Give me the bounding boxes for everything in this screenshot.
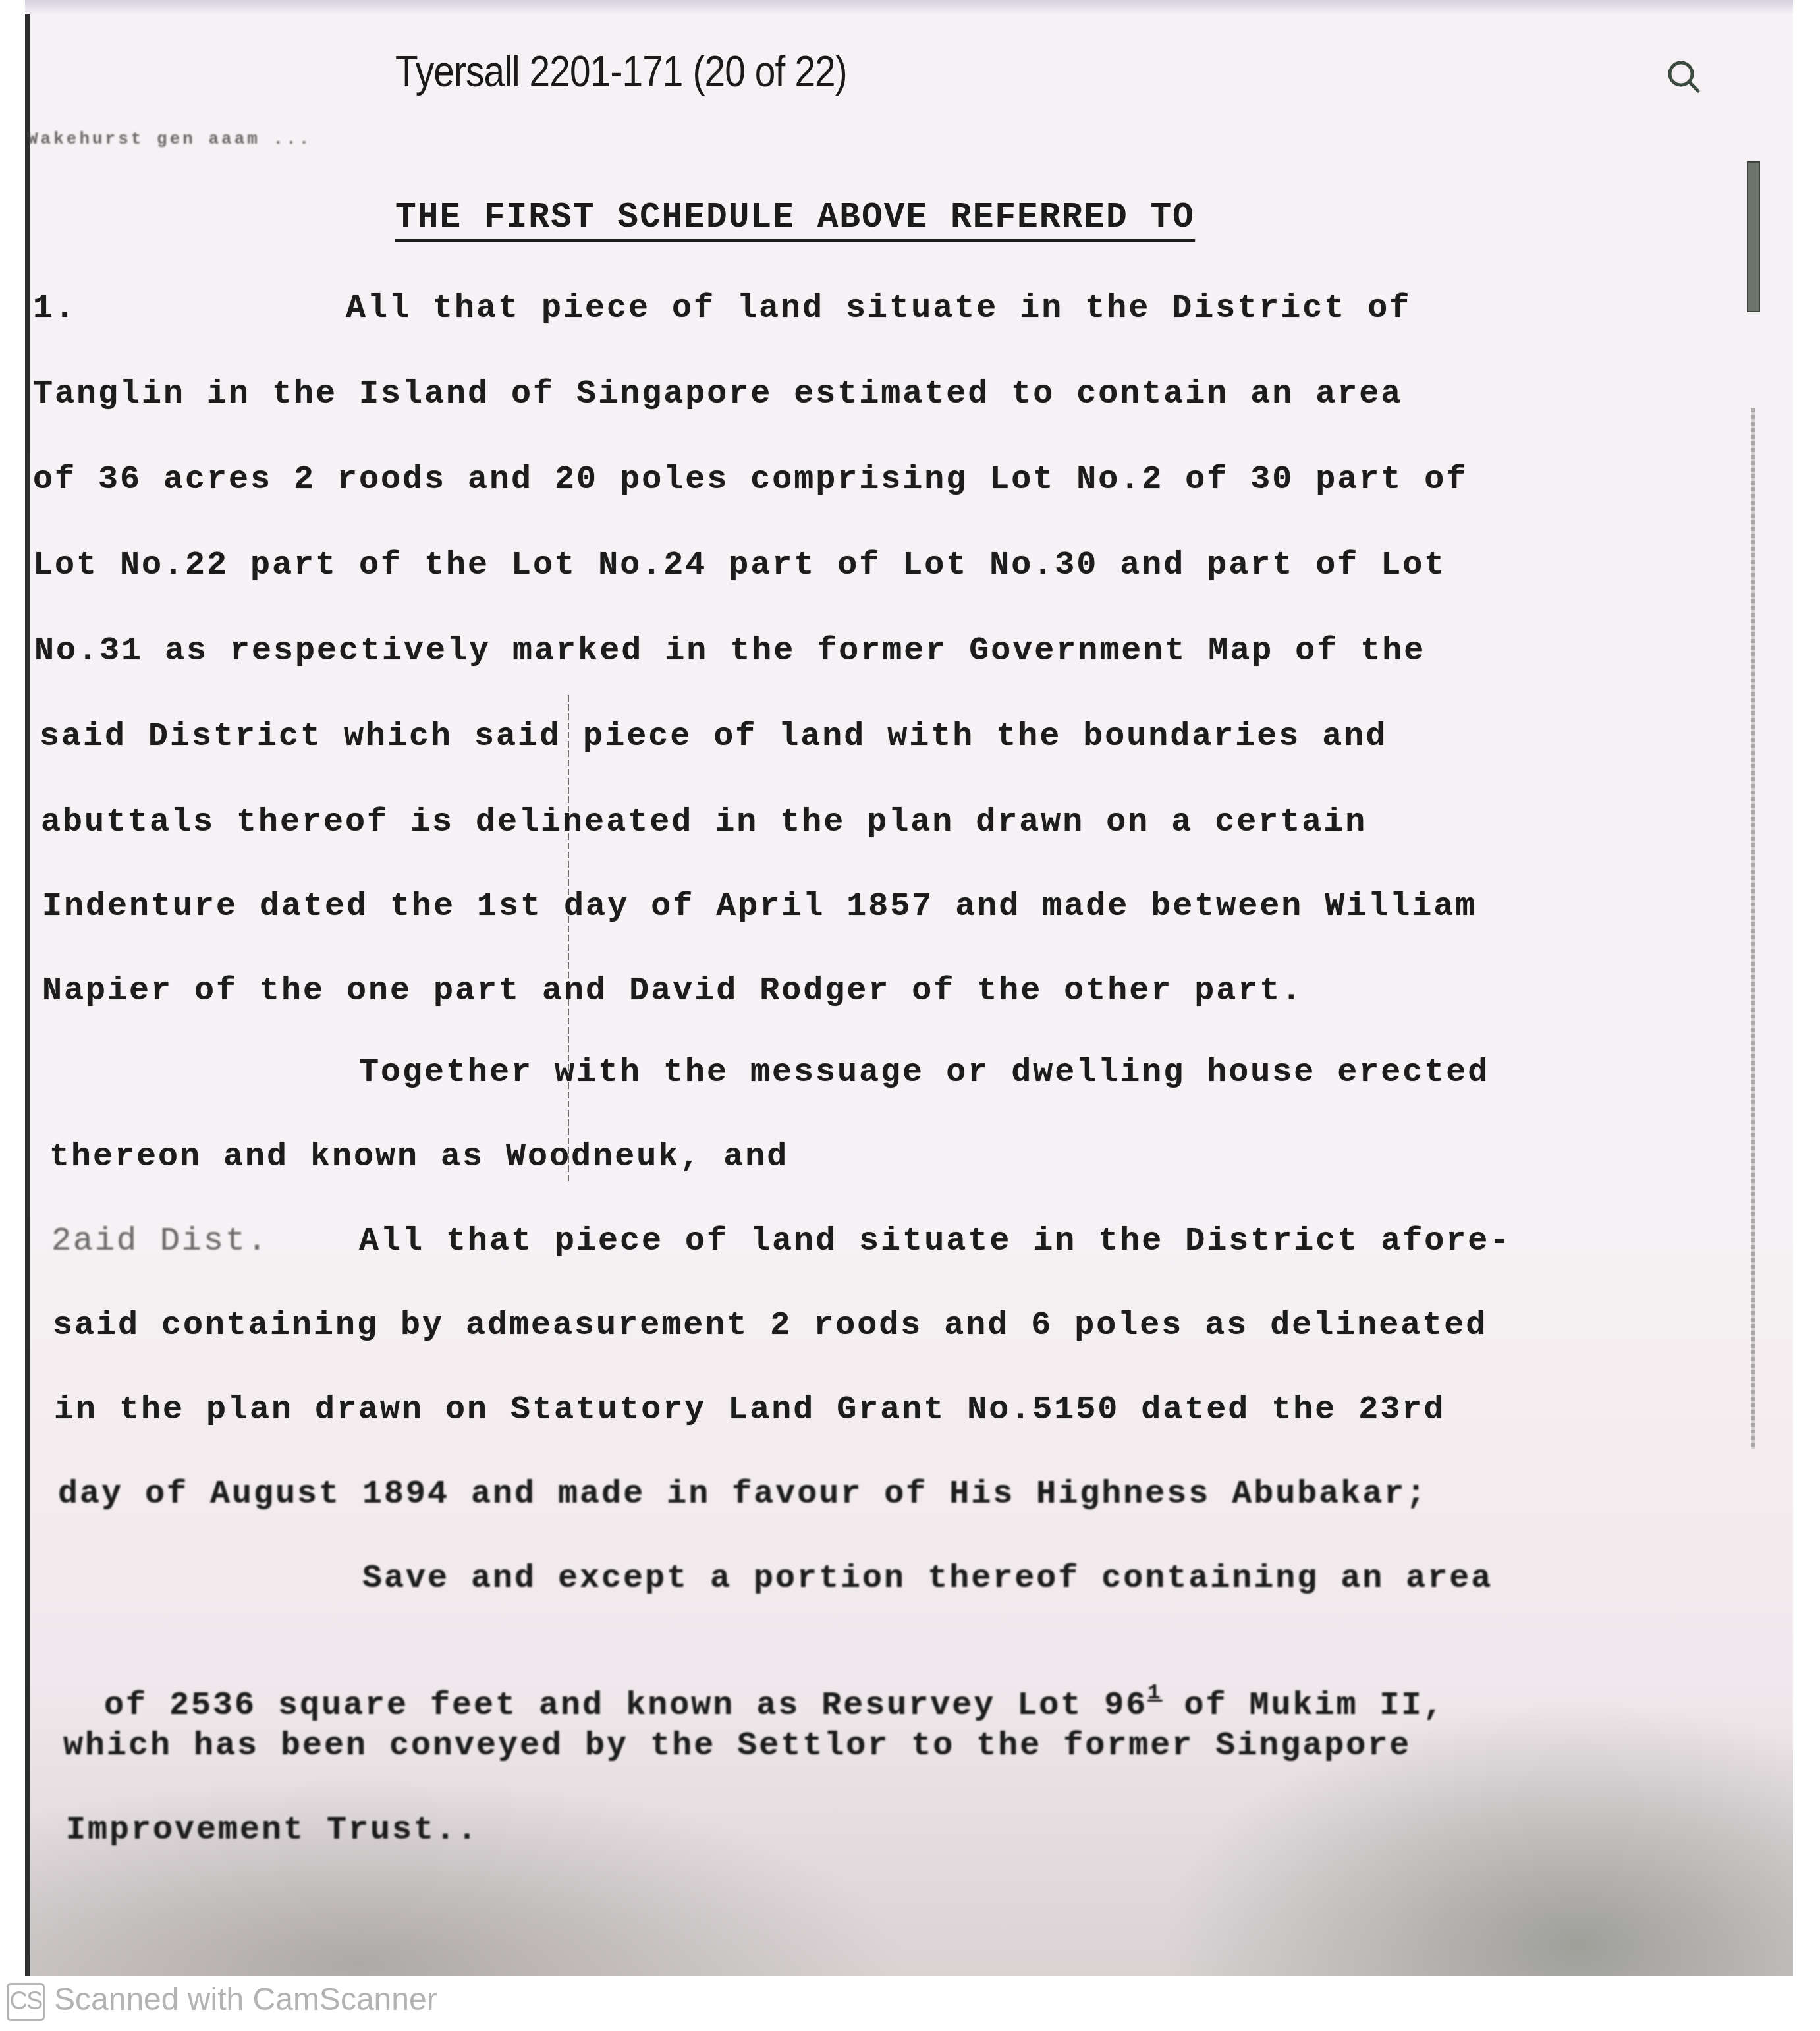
scrollbar-thumb[interactable]: [1747, 161, 1760, 312]
margin-note: 2aid Dist.: [51, 1223, 269, 1260]
text-segment: of Mukim II,: [1162, 1687, 1445, 1725]
text-line: of 2536 square feet and known as Resurve…: [61, 1643, 1445, 1725]
text-line: thereon and known as Woodneuk, and: [49, 1138, 788, 1176]
text-line: All that piece of land situate in the Di…: [346, 290, 1411, 327]
document-title: Tyersall 2201-171 (20 of 22): [395, 46, 847, 96]
text-line: abuttals thereof is delineated in the pl…: [41, 804, 1367, 841]
text-line: which has been conveyed by the Settlor t…: [63, 1727, 1411, 1765]
text-line: Save and except a portion thereof contai…: [362, 1560, 1493, 1598]
text-line: Improvement Trust..: [66, 1812, 479, 1849]
text-line: Together with the messuage or dwelling h…: [359, 1054, 1489, 1092]
text-line: Lot No.22 part of the Lot No.24 part of …: [33, 547, 1446, 584]
cutoff-text-line: Wakehurst gen aaam ...: [28, 129, 312, 149]
text-line: Napier of the one part and David Rodger …: [42, 972, 1303, 1010]
top-edge: [25, 0, 1793, 14]
text-line: Indenture dated the 1st day of April 185…: [42, 888, 1477, 926]
search-icon[interactable]: [1665, 58, 1702, 95]
right-margin: [1793, 0, 1820, 1976]
text-line: of 36 acres 2 roods and 20 poles compris…: [33, 461, 1468, 499]
text-line: said District which said piece of land w…: [40, 718, 1387, 756]
scanner-watermark: Scanned with CamScanner: [54, 1982, 437, 2018]
item-number: 1.: [33, 290, 76, 327]
camscanner-logo: CS: [7, 1983, 45, 2021]
text-line: in the plan drawn on Statutory Land Gran…: [54, 1391, 1445, 1429]
schedule-heading: THE FIRST SCHEDULE ABOVE REFERRED TO: [395, 198, 1195, 242]
text-line: day of August 1894 and made in favour of…: [58, 1476, 1427, 1513]
fold-line: [568, 695, 569, 1182]
text-line: Tanglin in the Island of Singapore estim…: [33, 376, 1402, 413]
text-line: said containing by admeasurement 2 roods…: [53, 1307, 1487, 1345]
text-segment: of 2536 square feet and known as Resurve…: [104, 1687, 1147, 1725]
scrollbar-track[interactable]: [1751, 408, 1755, 1449]
text-line: All that piece of land situate in the Di…: [359, 1223, 1511, 1260]
text-line: No.31 as respectively marked in the form…: [34, 632, 1425, 670]
superscript: 1: [1147, 1681, 1162, 1705]
